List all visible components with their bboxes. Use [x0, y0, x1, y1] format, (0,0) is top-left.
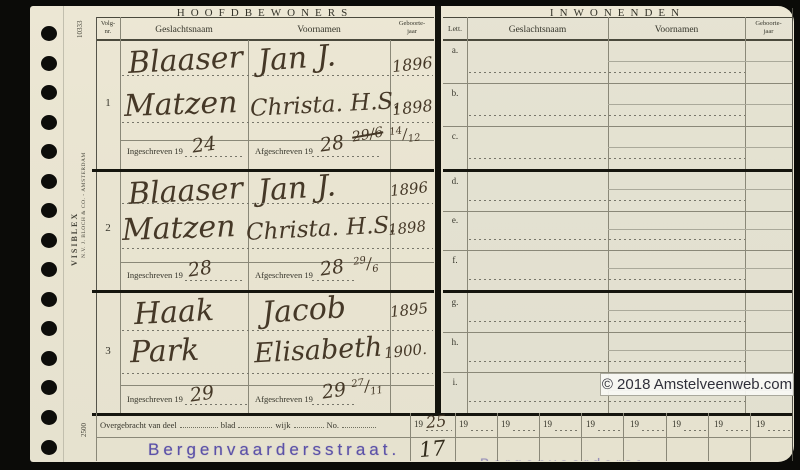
punch-hole [41, 380, 57, 395]
birthyear-handwritten: 1896 [391, 55, 433, 75]
row-letter: d. [443, 176, 467, 186]
right-col-firstnames: Voornamen [608, 25, 745, 35]
lett-column-line [467, 17, 468, 413]
leader-line [312, 280, 357, 281]
row-letter: f. [443, 255, 467, 265]
punch-hole [41, 351, 57, 366]
writing-line [122, 122, 433, 123]
birthyear-handwritten: 1898 [391, 98, 433, 118]
group-divider [443, 290, 792, 293]
writing-line [122, 248, 433, 249]
year-cell-prefix: 19 [414, 419, 423, 429]
entry-footer-rule [120, 385, 434, 386]
leader-line [471, 430, 493, 431]
group-divider [443, 169, 792, 172]
firstnames-handwritten: Jan J. [257, 171, 337, 206]
surname-handwritten: Matzen [124, 88, 239, 122]
entry-footer-rule [120, 262, 434, 263]
sub-line [608, 229, 792, 230]
birthyear-column-line [745, 17, 746, 413]
afgeschreven-label: Afgeschreven 19 [255, 146, 313, 156]
year-cell-prefix: 19 [459, 419, 468, 429]
left-title-rule [96, 17, 434, 18]
sub-line [608, 268, 792, 269]
leader-line [598, 430, 620, 431]
ingeschreven-year-handwritten: 24 [191, 134, 218, 156]
ingeschreven-year-handwritten: 29 [189, 383, 216, 405]
afgeschreven-label: Afgeschreven 19 [255, 394, 313, 404]
writing-line [122, 373, 433, 374]
writing-line [469, 72, 745, 73]
entry-footer-rule [120, 140, 434, 141]
surname-handwritten: Blaaser [127, 43, 243, 79]
punch-hole [41, 144, 57, 159]
leader-line [642, 430, 664, 431]
afgeschreven-date-handwritten: 14/12 [389, 124, 422, 147]
sub-line [608, 147, 792, 148]
birthyear-handwritten: 1895 [389, 301, 429, 320]
row-letter: c. [443, 131, 467, 141]
entry-number: 3 [96, 345, 120, 357]
surname-column-line [608, 17, 609, 413]
firstnames-handwritten: Jacob [261, 293, 347, 329]
band-cell-line [708, 413, 709, 461]
entry-divider [92, 169, 434, 172]
row-letter: h. [443, 337, 467, 347]
sub-line [608, 104, 792, 105]
punch-hole [41, 115, 57, 130]
leader-line [768, 430, 790, 431]
birthyear-handwritten: 1896 [389, 180, 429, 199]
row-rule [443, 126, 792, 127]
right-title-rule [443, 17, 792, 18]
punch-hole [41, 292, 57, 307]
house-number-handwritten: 17 [418, 438, 446, 461]
row-rule [443, 211, 792, 212]
year-cell-prefix: 19 [586, 419, 595, 429]
street-name-stamp: Bergenvaardersstraat. [148, 440, 400, 460]
writing-line [469, 361, 745, 362]
row-letter: b. [443, 88, 467, 98]
punch-hole [41, 262, 57, 277]
ingeschreven-label: Ingeschreven 19 [127, 270, 183, 280]
leader-line [555, 430, 577, 431]
band-cell-line [96, 413, 97, 461]
surname-handwritten: Blaaser [127, 174, 243, 210]
ingeschreven-label: Ingeschreven 19 [127, 146, 183, 156]
brand-name: VISIBLEX [70, 212, 79, 266]
row-letter: e. [443, 215, 467, 225]
right-col-lett: Lett. [443, 24, 467, 33]
entry-number: 1 [96, 97, 120, 109]
firstnames-handwritten: Elisabeth [253, 334, 383, 368]
ingeschreven-label: Ingeschreven 19 [127, 394, 183, 404]
year-cell-prefix: 19 [543, 419, 552, 429]
writing-line [469, 200, 745, 201]
afgeschreven-label: Afgeschreven 19 [255, 270, 313, 280]
copyright-watermark: © 2018 Amstelveenweb.com [600, 373, 794, 396]
writing-line [122, 75, 433, 76]
left-col-surname: Geslachtsnaam [120, 25, 248, 35]
transfer-line: Overgebracht van deelbladwijkNo. [100, 419, 379, 430]
band-cell-line [581, 413, 582, 461]
partial-stamp-fragment: Bergenvaardersstraat. [480, 455, 640, 461]
sub-line [608, 350, 792, 351]
entry-number: 2 [96, 222, 120, 234]
row-rule [443, 250, 792, 251]
punch-hole [41, 321, 57, 336]
writing-line [122, 330, 433, 331]
card-fold [435, 6, 441, 413]
left-col-volgnr: Volg- nr. [96, 20, 120, 36]
row-rule [443, 332, 792, 333]
surname-handwritten: Park [129, 336, 199, 368]
leader-line [312, 404, 354, 405]
punch-hole [41, 56, 57, 71]
margin-divider [63, 6, 64, 462]
left-col-firstnames: Voornamen [248, 25, 390, 35]
ingeschreven-year-handwritten: 28 [187, 258, 214, 280]
left-col-birthyear: Geboorte- jaar [390, 20, 434, 36]
band-cell-line [497, 413, 498, 461]
right-half-tint [443, 18, 792, 413]
writing-line [469, 401, 745, 402]
writing-line [469, 158, 745, 159]
surname-handwritten: Matzen [122, 212, 237, 246]
year-cell-prefix: 19 [714, 419, 723, 429]
punch-hole [41, 440, 57, 455]
band-cell-line [410, 413, 411, 461]
writing-line [469, 115, 745, 116]
band-cell-line [750, 413, 751, 461]
year-cell-prefix: 19 [630, 419, 639, 429]
writing-line [469, 321, 745, 322]
year-cell-prefix: 19 [672, 419, 681, 429]
punch-hole [41, 174, 57, 189]
afgeschreven-date-handwritten: 29/6 [353, 254, 380, 277]
form-number-bottom: 2500 [80, 423, 88, 437]
leader-line [513, 430, 535, 431]
band-cell-line [455, 413, 456, 461]
surname-handwritten: Haak [133, 296, 215, 330]
band-cell-line [623, 413, 624, 461]
firstnames-handwritten: Jan J. [257, 41, 337, 76]
row-letter: a. [443, 45, 467, 55]
left-header-rule [96, 39, 434, 41]
leader-line [684, 430, 706, 431]
writing-line [469, 239, 745, 240]
right-col-birthyear: Geboorte- jaar [745, 20, 792, 36]
year-cell-prefix: 19 [756, 419, 765, 429]
right-header-rule [443, 39, 792, 41]
punch-hole [41, 26, 57, 41]
scanned-register-screenshot: 10333 VISIBLEX N.V. J. BLOCH & CO. - AMS… [0, 0, 800, 470]
writing-line [469, 279, 745, 280]
afgeschreven-year-handwritten: 28 [319, 133, 346, 155]
punch-hole [41, 410, 57, 425]
brand-company: N.V. J. BLOCH & CO. - AMSTERDAM [81, 152, 87, 258]
band-cell-line [666, 413, 667, 461]
birthyear-handwritten: 1898 [387, 219, 427, 238]
leader-line [726, 430, 748, 431]
transfer-year-handwritten: 25 [425, 413, 447, 431]
afgeschreven-year-handwritten: 29 [321, 380, 348, 402]
sub-line [608, 189, 792, 190]
year-cell-prefix: 19 [501, 419, 510, 429]
sub-line [608, 310, 792, 311]
form-number-top: 10333 [76, 21, 84, 39]
birthyear-handwritten: 1900. [383, 342, 427, 361]
row-letter: g. [443, 297, 467, 307]
punch-hole [41, 85, 57, 100]
row-letter: i. [443, 377, 467, 387]
afgeschreven-date-handwritten: 27/11 [351, 376, 384, 400]
punch-hole [41, 233, 57, 248]
band-cell-line [539, 413, 540, 461]
entry-divider [92, 290, 434, 293]
sub-line [608, 61, 792, 62]
writing-line [122, 203, 433, 204]
row-rule [443, 83, 792, 84]
afgeschreven-year-handwritten: 28 [319, 257, 346, 279]
punch-hole [41, 203, 57, 218]
right-col-surname: Geslachtsnaam [467, 25, 608, 35]
